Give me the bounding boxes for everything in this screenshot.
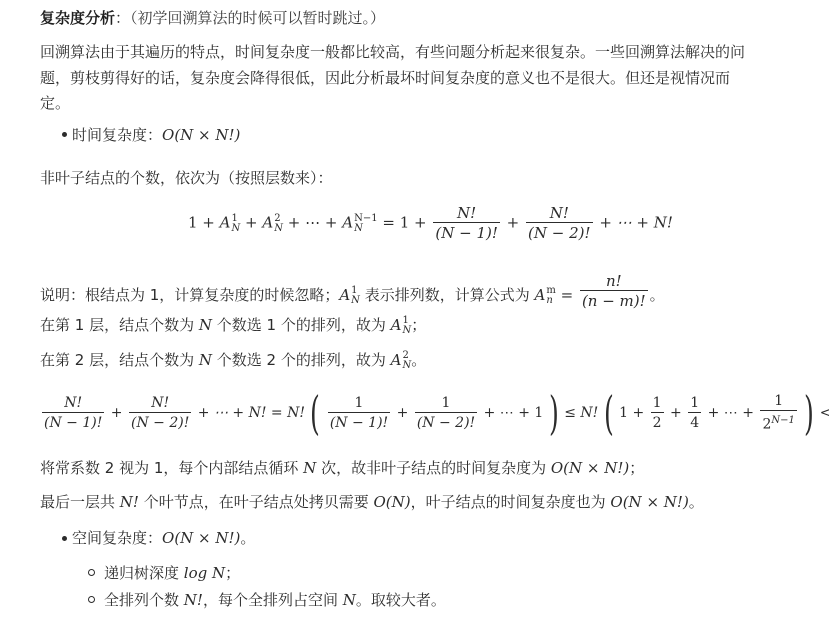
space-subitem-depth: 递归树深度 log N； — [104, 562, 240, 584]
right-paren: ) — [549, 390, 559, 436]
intro-line-1: 回溯算法由于其遍历的特点，时间复杂度一般都比较高，有些问题分析起来很复杂。一些回… — [40, 41, 745, 63]
intro-line-2: 题，剪枝剪得好的话，复杂度会降得很低，因此分析最坏时间复杂度的意义也不是很大。但… — [40, 67, 730, 89]
layer-1-line: 在第 1 层，结点个数为 N 个数选 1 个的排列，故为 A1N； — [40, 314, 426, 336]
constant-note-line: 将常系数 2 视为 1，每个内部结点循环 N 次，故非叶子结点的时间复杂度为 O… — [40, 457, 644, 479]
fraction: N!(N − 1)! — [42, 394, 104, 433]
bullet-icon — [62, 132, 67, 137]
fraction: N!(N − 1)! — [433, 204, 500, 243]
fraction: 1(N − 1)! — [328, 394, 390, 433]
equation-non-leaf-sum: 1 + A1N + A2N + ⋯ + AN−1N = 1 + N!(N − 1… — [188, 204, 673, 243]
time-complexity-value: O(N × N!) — [162, 126, 240, 144]
left-paren: ( — [310, 390, 320, 436]
explanation-line: 说明：根结点为 1，计算复杂度的时候忽略；A1N 表示排列数，计算公式为 Amn… — [40, 272, 665, 311]
intro-line-3: 定。 — [40, 92, 70, 114]
time-complexity-item: 时间复杂度：O(N × N!) — [72, 124, 240, 146]
circle-bullet-icon — [88, 569, 95, 576]
fraction: 12 — [651, 394, 664, 433]
space-complexity-item: 空间复杂度：O(N × N!)。 — [72, 527, 255, 549]
equation-upper-bound: N!(N − 1)! + N!(N − 2)! + ⋯ + N! = N! ( … — [40, 390, 829, 436]
circle-bullet-icon — [88, 596, 95, 603]
fraction: N!(N − 2)! — [526, 204, 593, 243]
space-subitem-permutations: 全排列个数 N!，每个全排列占空间 N。取较大者。 — [104, 589, 446, 611]
right-paren: ) — [804, 390, 814, 436]
fraction: 12N−1 — [760, 392, 796, 435]
fraction: N!(N − 2)! — [129, 394, 191, 433]
heading-title: 复杂度分析 — [40, 9, 115, 27]
fraction: n!(n − m)! — [580, 272, 648, 311]
heading-colon: ： — [115, 9, 130, 27]
time-complexity-label: 时间复杂度： — [72, 126, 162, 144]
layer-2-line: 在第 2 层，结点个数为 N 个数选 2 个的排列，故为 A2N。 — [40, 349, 426, 371]
left-paren: ( — [604, 390, 614, 436]
leaf-note-line: 最后一层共 N! 个叶节点，在叶子结点处拷贝需要 O(N)，叶子结点的时间复杂度… — [40, 491, 704, 513]
fraction: 1(N − 2)! — [415, 394, 477, 433]
fraction: 14 — [688, 394, 701, 433]
bullet-icon — [62, 536, 67, 541]
non-leaf-count-text: 非叶子结点的个数，依次为（按照层数来）： — [40, 167, 333, 189]
heading-note: （初学回溯算法的时候可以暂时跳过。） — [130, 9, 385, 27]
complexity-heading: 复杂度分析：（初学回溯算法的时候可以暂时跳过。） — [40, 7, 385, 29]
